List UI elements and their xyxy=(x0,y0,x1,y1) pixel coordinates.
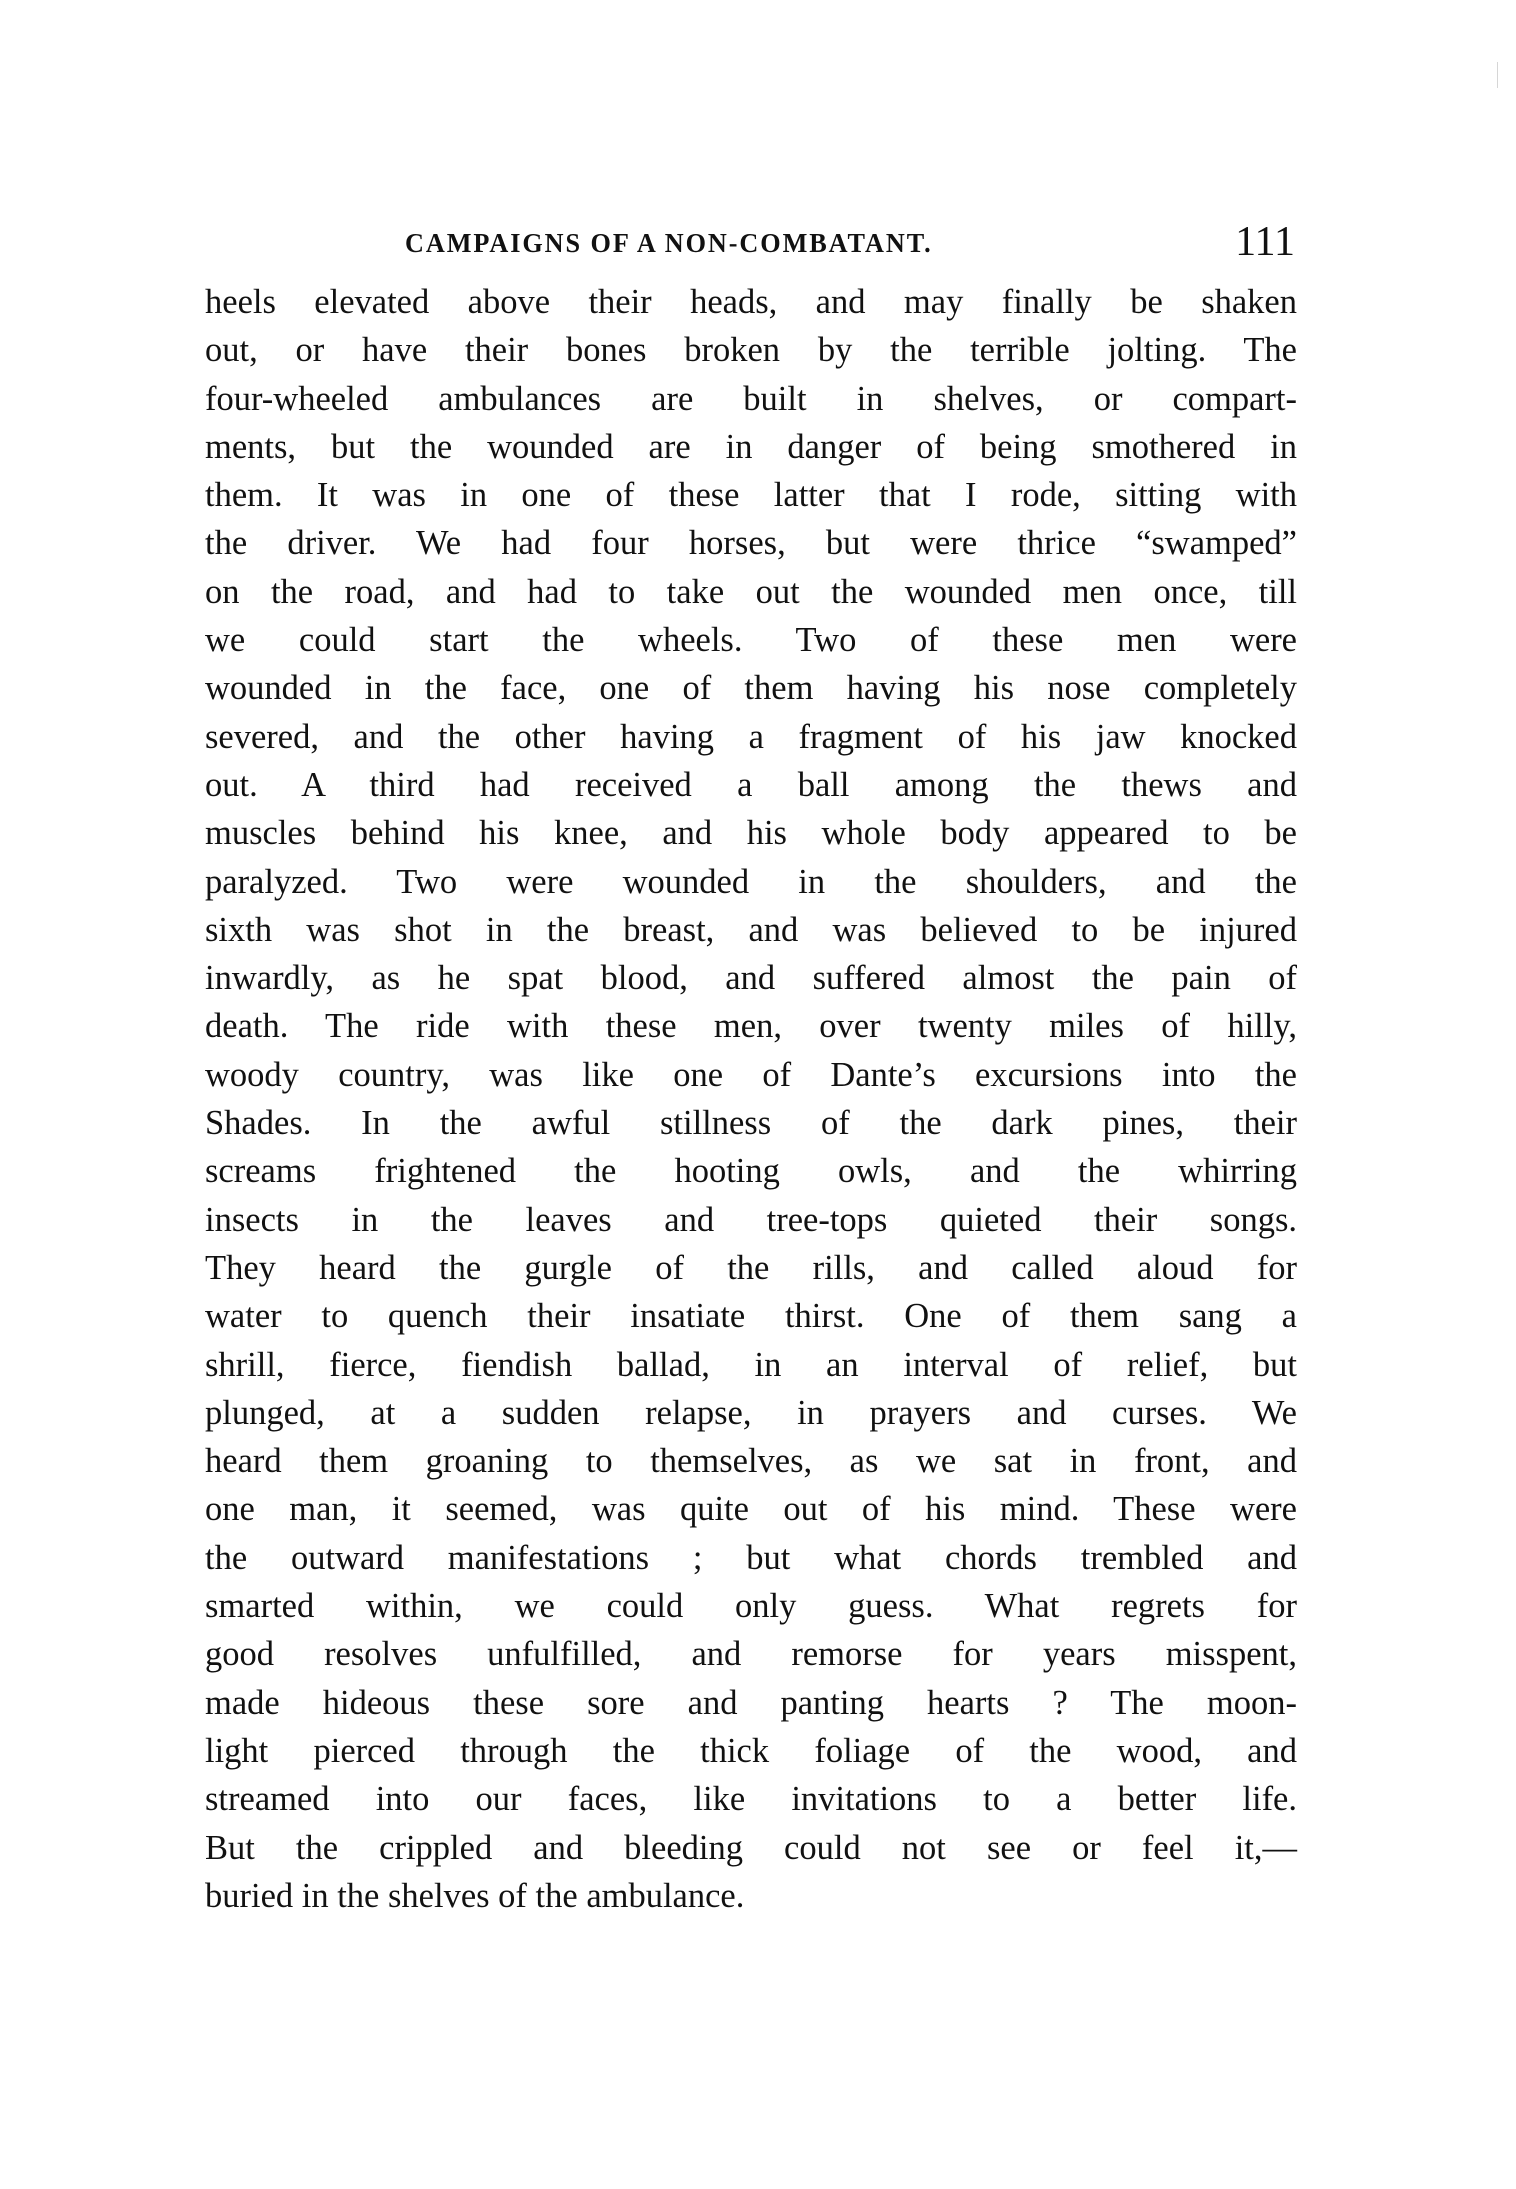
scan-margin-mark xyxy=(1497,62,1498,88)
text-line: plunged, at a sudden relapse, in prayers… xyxy=(205,1389,1297,1437)
text-line: them. It was in one of these latter that… xyxy=(205,471,1297,519)
text-line: made hideous these sore and panting hear… xyxy=(205,1679,1297,1727)
text-line: heels elevated above their heads, and ma… xyxy=(205,278,1297,326)
text-line: good resolves unfulfilled, and remorse f… xyxy=(205,1630,1297,1678)
text-line: streamed into our faces, like invitation… xyxy=(205,1775,1297,1823)
text-line: paralyzed. Two were wounded in the shoul… xyxy=(205,858,1297,906)
text-line: woody country, was like one of Dante’s e… xyxy=(205,1051,1297,1099)
running-head: CAMPAIGNS OF A NON-COMBATANT. 111 xyxy=(405,218,1295,268)
text-line: heard them groaning to themselves, as we… xyxy=(205,1437,1297,1485)
text-line: on the road, and had to take out the wou… xyxy=(205,568,1297,616)
text-line: inwardly, as he spat blood, and suffered… xyxy=(205,954,1297,1002)
text-line: insects in the leaves and tree-tops quie… xyxy=(205,1196,1297,1244)
text-line: shrill, fierce, fiendish ballad, in an i… xyxy=(205,1341,1297,1389)
text-line: sixth was shot in the breast, and was be… xyxy=(205,906,1297,954)
text-line: we could start the wheels. Two of these … xyxy=(205,616,1297,664)
text-line: But the crippled and bleeding could not … xyxy=(205,1824,1297,1872)
text-line: four-wheeled ambulances are built in she… xyxy=(205,375,1297,423)
text-line: smarted within, we could only guess. Wha… xyxy=(205,1582,1297,1630)
book-page: CAMPAIGNS OF A NON-COMBATANT. 111 heels … xyxy=(0,0,1516,2189)
text-line: They heard the gurgle of the rills, and … xyxy=(205,1244,1297,1292)
text-line: Shades. In the awful stillness of the da… xyxy=(205,1099,1297,1147)
running-title: CAMPAIGNS OF A NON-COMBATANT. xyxy=(405,228,933,259)
text-line: severed, and the other having a fragment… xyxy=(205,713,1297,761)
text-line: one man, it seemed, was quite out of his… xyxy=(205,1485,1297,1533)
text-line: muscles behind his knee, and his whole b… xyxy=(205,809,1297,857)
page-number: 111 xyxy=(1235,218,1295,266)
text-line: wounded in the face, one of them having … xyxy=(205,664,1297,712)
text-line: buried in the shelves of the ambulance. xyxy=(205,1872,1297,1920)
text-line: out, or have their bones broken by the t… xyxy=(205,326,1297,374)
text-line: water to quench their insatiate thirst. … xyxy=(205,1292,1297,1340)
text-line: death. The ride with these men, over twe… xyxy=(205,1002,1297,1050)
text-line: the driver. We had four horses, but were… xyxy=(205,519,1297,567)
body-text: heels elevated above their heads, and ma… xyxy=(205,278,1297,1920)
text-line: light pierced through the thick foliage … xyxy=(205,1727,1297,1775)
text-line: the outward manifestations ; but what ch… xyxy=(205,1534,1297,1582)
text-line: screams frightened the hooting owls, and… xyxy=(205,1147,1297,1195)
text-line: ments, but the wounded are in danger of … xyxy=(205,423,1297,471)
text-line: out. A third had received a ball among t… xyxy=(205,761,1297,809)
